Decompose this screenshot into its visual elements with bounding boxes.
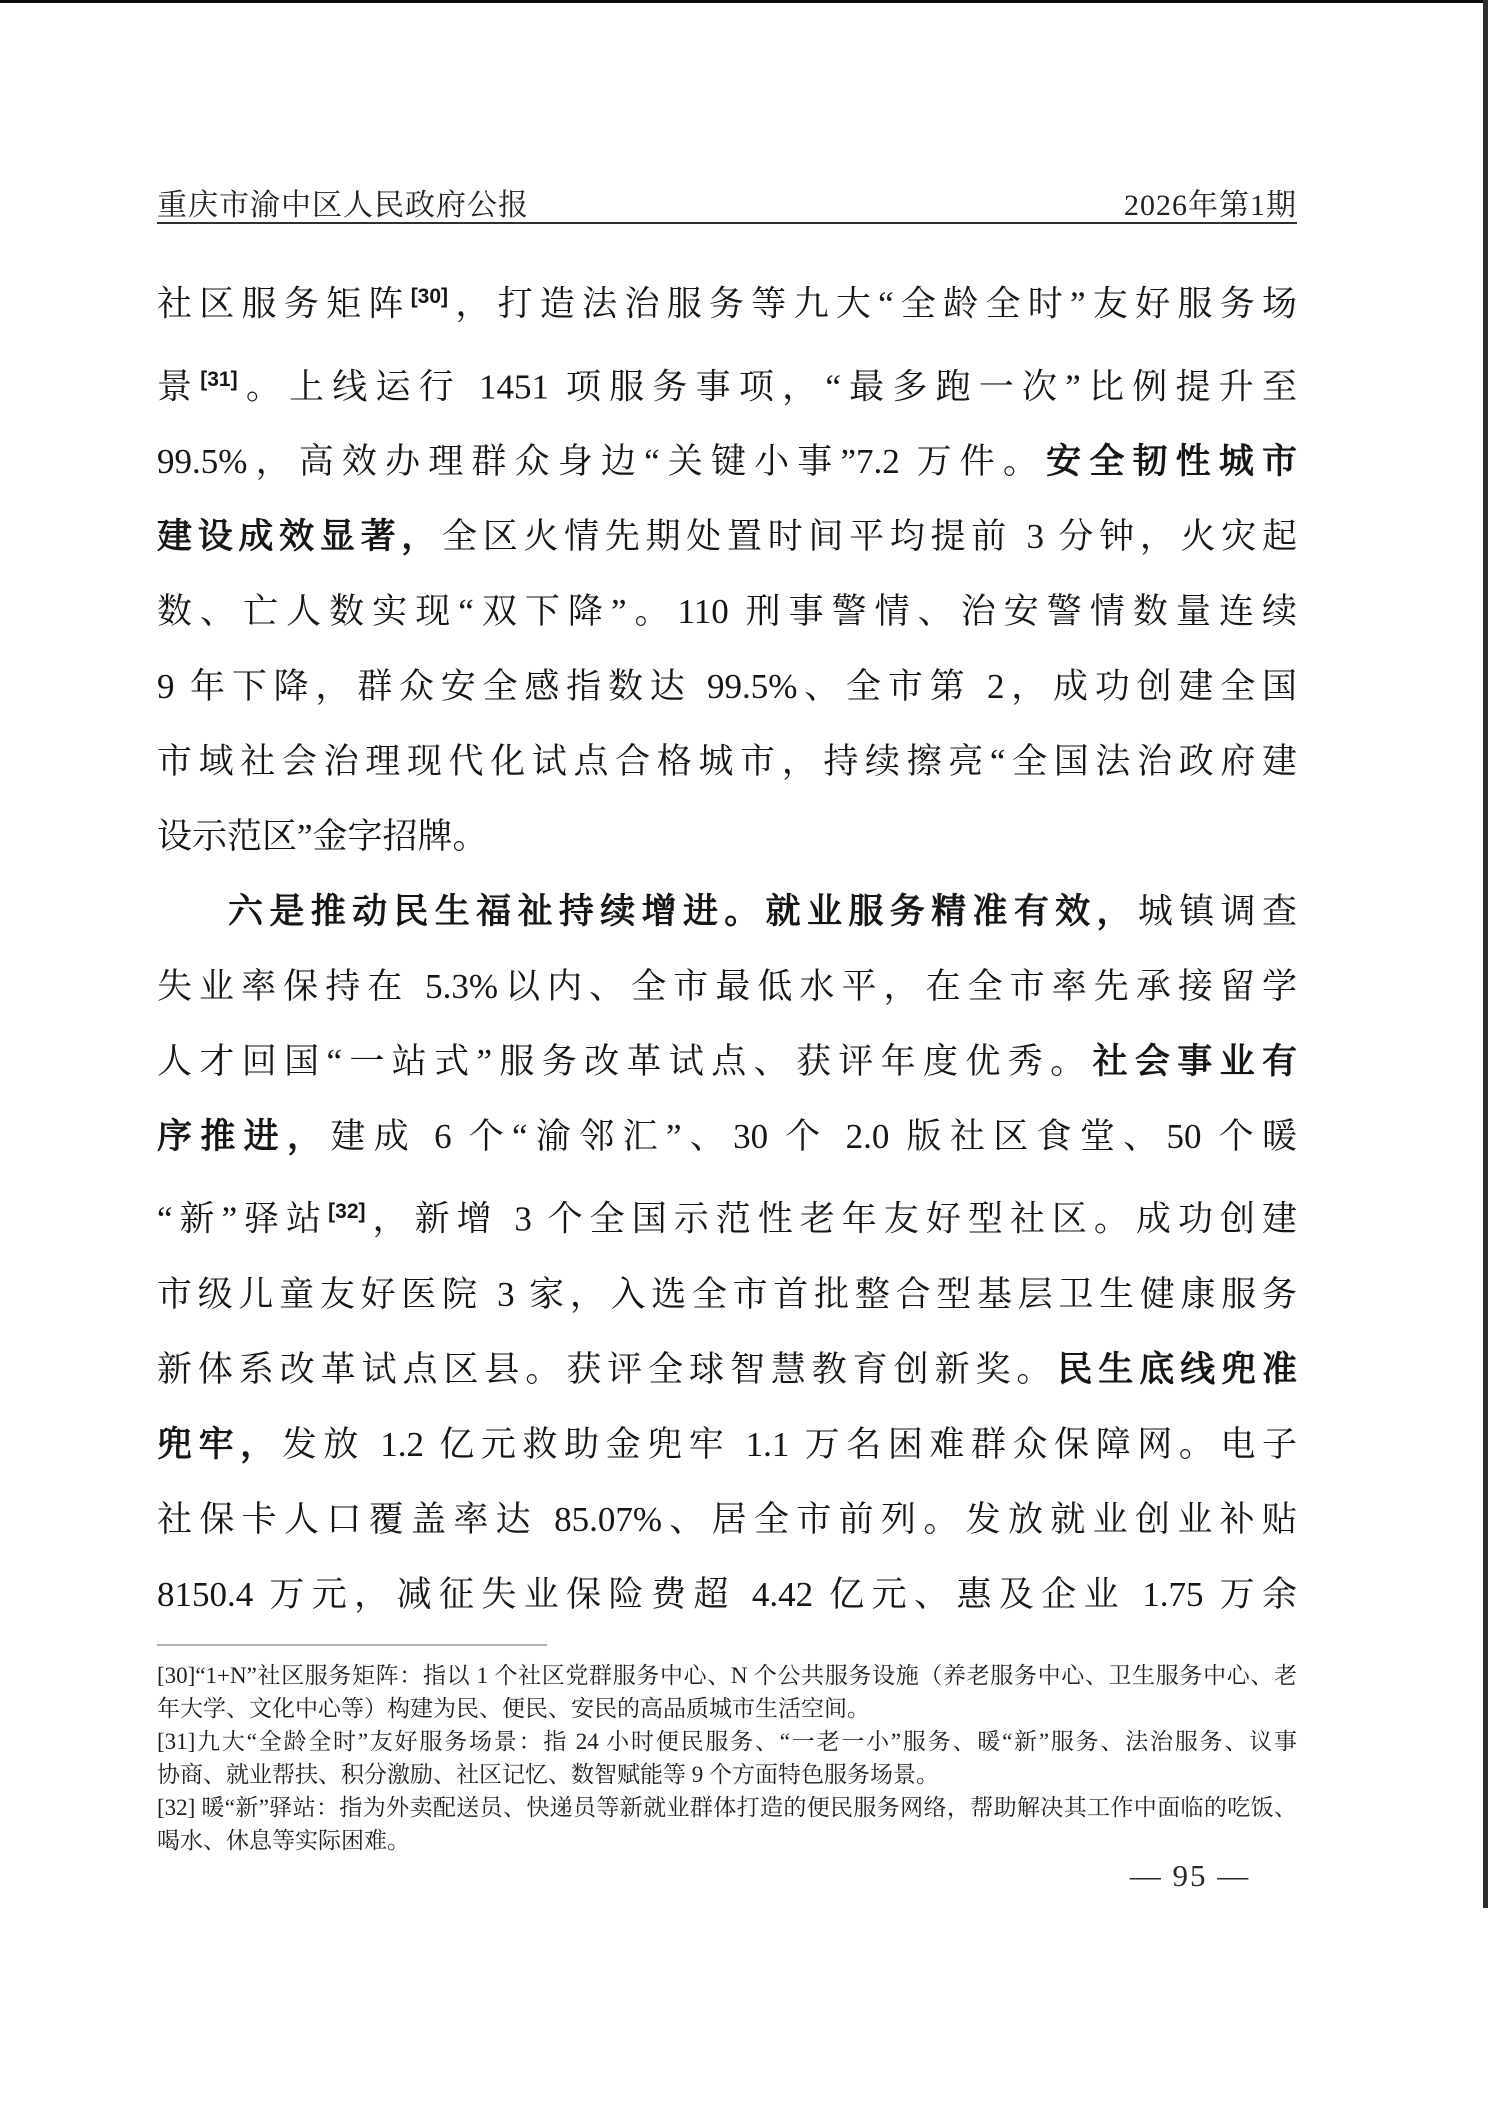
body-line: 9 年下降，群众安全感指数达 99.5%、全市第 2，成功创建全国: [157, 649, 1297, 724]
footnote-line: [32] 暖“新”驿站：指为外卖配送员、快递员等新就业群体打造的便民服务网络，帮…: [157, 1791, 1297, 1824]
text-segment: 9 年下降，群众安全感指数达 99.5%、全市第 2，成功创建全国: [157, 667, 1297, 706]
text-segment: 8150.4 万元，减征失业保险费超 4.42 亿元、惠及企业 1.75 万余: [157, 1575, 1297, 1614]
body-line: 99.5%，高效办理群众身边“关键小事”7.2 万件。安全韧性城市: [157, 424, 1297, 499]
text-segment: 建成 6 个“渝邻汇”、30 个 2.0 版社区食堂、50 个暖: [330, 1117, 1297, 1156]
page-header: 重庆市渝中区人民政府公报 2026年第1期: [157, 180, 1297, 224]
body-line: 8150.4 万元，减征失业保险费超 4.42 亿元、惠及企业 1.75 万余: [157, 1557, 1297, 1632]
text-segment: 新体系改革试点区县。获评全球智慧教育创新奖。: [157, 1350, 1057, 1389]
body-line: 六是推动民生福祉持续增进。就业服务精准有效，城镇调查: [157, 874, 1297, 949]
footnote-line: [30]“1+N”社区服务矩阵：指以 1 个社区党群服务中心、N 个公共服务设施…: [157, 1659, 1297, 1692]
text-segment: 。上线运行 1451 项服务事项，“最多跑一次”比例提升至: [238, 367, 1297, 406]
text-segment: ，打造法治服务等九大“全龄全时”友好服务场: [448, 285, 1297, 324]
body-line: 建设成效显著，全区火情先期处置时间平均提前 3 分钟，火灾起: [157, 499, 1297, 574]
body-line: 景[31]。上线运行 1451 项服务事项，“最多跑一次”比例提升至: [157, 342, 1297, 425]
body-text: 社区服务矩阵[30]，打造法治服务等九大“全龄全时”友好服务场景[31]。上线运…: [157, 259, 1297, 1632]
text-segment: 市域社会治理现代化试点合格城市，持续擦亮“全国法治政府建: [157, 742, 1297, 781]
body-line: 社区服务矩阵[30]，打造法治服务等九大“全龄全时”友好服务场: [157, 259, 1297, 342]
page-number: — 95 —: [1040, 1858, 1340, 1894]
text-segment: 城镇调查: [1138, 892, 1297, 931]
footnote-line: [31]九大“全龄全时”友好服务场景：指 24 小时便民服务、“一老一小”服务、…: [157, 1725, 1297, 1758]
text-segment: ，新增 3 个全国示范性老年友好型社区。成功创建: [366, 1200, 1297, 1239]
body-line: 设示范区”金字招牌。: [157, 799, 1297, 874]
scan-edge-right: [1483, 0, 1488, 1908]
text-segment: 社会事业有: [1093, 1042, 1297, 1081]
body-line: 序推进，建成 6 个“渝邻汇”、30 个 2.0 版社区食堂、50 个暖: [157, 1099, 1297, 1174]
body-line: “新”驿站[32]，新增 3 个全国示范性老年友好型社区。成功创建: [157, 1174, 1297, 1257]
text-segment: 人才回国“一站式”服务改革试点、获评年度优秀。: [157, 1042, 1093, 1081]
text-segment: 数、亡人数实现“双下降”。110 刑事警情、治安警情数量连续: [157, 592, 1297, 631]
body-line: 市级儿童友好医院 3 家，入选全市首批整合型基层卫生健康服务: [157, 1257, 1297, 1332]
text-segment: 建设成效显著，: [157, 517, 442, 556]
footnote-line: 喝水、休息等实际困难。: [157, 1824, 1297, 1857]
footnote-ref: [32]: [328, 1200, 365, 1223]
text-segment: 景: [157, 367, 200, 406]
gazette-title: 重庆市渝中区人民政府公报: [157, 180, 529, 224]
text-segment: 99.5%，高效办理群众身边“关键小事”7.2 万件。: [157, 442, 1046, 481]
issue-label: 2026年第1期: [1124, 180, 1297, 224]
body-line: 市域社会治理现代化试点合格城市，持续擦亮“全国法治政府建: [157, 724, 1297, 799]
text-segment: 安全韧性城市: [1046, 442, 1297, 481]
footnote-line: 年大学、文化中心等）构建为民、便民、安民的高品质城市生活空间。: [157, 1692, 1297, 1725]
footnote-ref: [30]: [411, 285, 448, 308]
footnote-ref: [31]: [200, 368, 237, 391]
body-line: 失业率保持在 5.3%以内、全市最低水平，在全市率先承接留学: [157, 949, 1297, 1024]
text-segment: 发放 1.2 亿元救助金兜牢 1.1 万名困难群众保障网。电子: [282, 1425, 1297, 1464]
body-line: 新体系改革试点区县。获评全球智慧教育创新奖。民生底线兜准: [157, 1332, 1297, 1407]
footnote-separator: [157, 1644, 547, 1646]
text-segment: “新”驿站: [157, 1200, 328, 1239]
scan-edge-top: [0, 0, 1488, 3]
text-segment: 民生底线兜准: [1057, 1350, 1297, 1389]
header-rule: [157, 222, 1297, 224]
text-segment: 兜牢，: [157, 1425, 282, 1464]
text-segment: 失业率保持在 5.3%以内、全市最低水平，在全市率先承接留学: [157, 967, 1297, 1006]
footnotes: [30]“1+N”社区服务矩阵：指以 1 个社区党群服务中心、N 个公共服务设施…: [157, 1659, 1297, 1857]
text-segment: 社保卡人口覆盖率达 85.07%、居全市前列。发放就业创业补贴: [157, 1500, 1297, 1539]
text-segment: 社区服务矩阵: [157, 285, 411, 324]
text-segment: 市级儿童友好医院 3 家，入选全市首批整合型基层卫生健康服务: [157, 1275, 1297, 1314]
body-line: 兜牢，发放 1.2 亿元救助金兜牢 1.1 万名困难群众保障网。电子: [157, 1407, 1297, 1482]
text-segment: 序推进，: [157, 1117, 330, 1156]
body-line: 数、亡人数实现“双下降”。110 刑事警情、治安警情数量连续: [157, 574, 1297, 649]
text-segment: 六是推动民生福祉持续增进。就业服务精准有效，: [228, 892, 1138, 931]
text-segment: 全区火情先期处置时间平均提前 3 分钟，火灾起: [442, 517, 1297, 556]
footnote-line: 协商、就业帮扶、积分激励、社区记忆、数智赋能等 9 个方面特色服务场景。: [157, 1758, 1297, 1791]
body-line: 人才回国“一站式”服务改革试点、获评年度优秀。社会事业有: [157, 1024, 1297, 1099]
text-segment: 设示范区”金字招牌。: [157, 817, 488, 856]
body-line: 社保卡人口覆盖率达 85.07%、居全市前列。发放就业创业补贴: [157, 1482, 1297, 1557]
document-page: 重庆市渝中区人民政府公报 2026年第1期 社区服务矩阵[30]，打造法治服务等…: [0, 0, 1488, 2104]
